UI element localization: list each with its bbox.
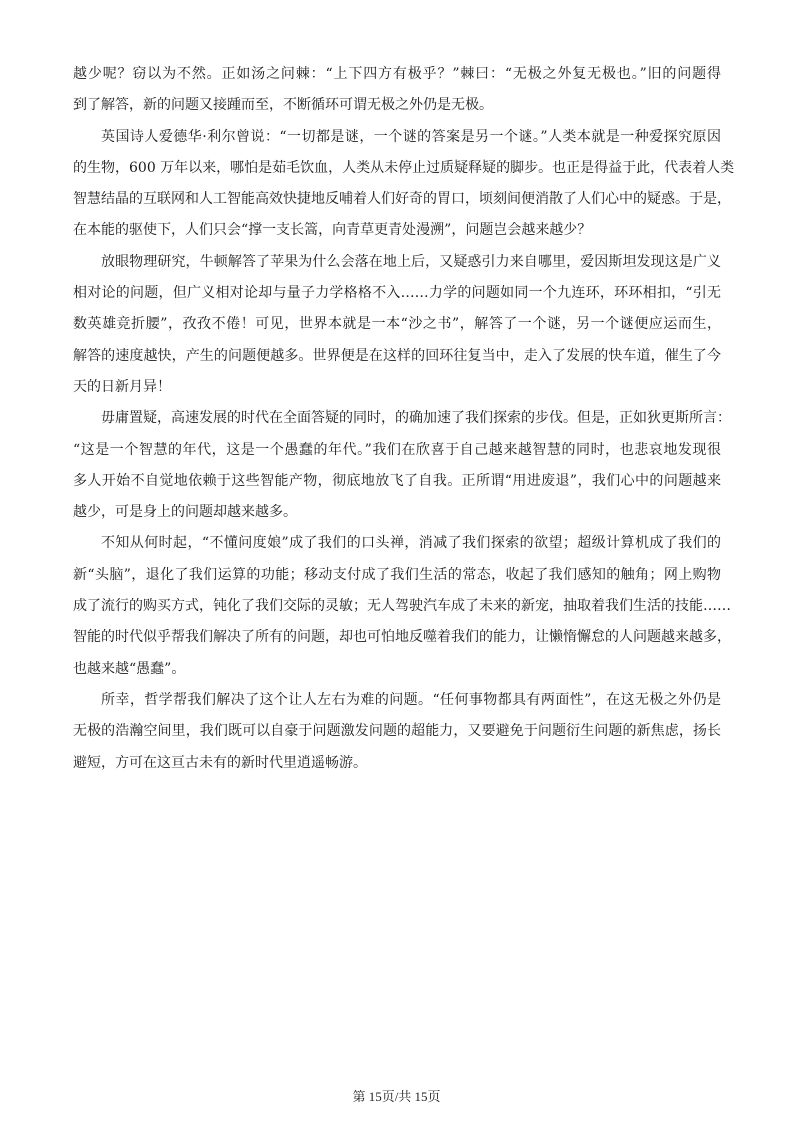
text-line: 天的日新月异！: [73, 372, 721, 403]
paragraph-2: 英国诗人爱德华·利尔曾说：“一切都是谜，一个谜的答案是另一个谜。”人类本就是一种…: [73, 122, 721, 247]
paragraph-4: 毋庸置疑，高速发展的时代在全面答疑的同时，的确加速了我们探索的步伐。但是，正如狄…: [73, 403, 721, 528]
text-line: 智慧结晶的互联网和人工智能高效快捷地反哺着人们好奇的胃口，顷刻间便消散了人们心中…: [73, 184, 721, 215]
paragraph-6: 所幸，哲学帮我们解决了这个让人左右为难的问题。“任何事物都具有两面性”，在这无极…: [73, 685, 721, 779]
text-line: 的生物，600 万年以来，哪怕是茹毛饮血，人类从未停止过质疑释疑的脚步。也正是得…: [73, 153, 721, 184]
text-line: 多人开始不自觉地依赖于这些智能产物，彻底地放飞了自我。正所谓“用进废退”，我们心…: [73, 466, 721, 497]
text-line: “这是一个智慧的年代，这是一个愚蠢的年代。”我们在欣喜于自己越来越智慧的同时，也…: [73, 435, 721, 466]
text-line: 越少呢？窃以为不然。正如汤之问棘：“上下四方有极乎？”棘曰：“无极之外复无极也。…: [73, 59, 721, 90]
text-line: 解答的速度越快，产生的问题便越多。世界便是在这样的回环往复当中，走入了发展的快车…: [73, 341, 721, 372]
paragraph-5: 不知从何时起，“不懂问度娘”成了我们的口头禅，消减了我们探索的欲望；超级计算机成…: [73, 528, 721, 684]
text-line: 毋庸置疑，高速发展的时代在全面答疑的同时，的确加速了我们探索的步伐。但是，正如狄…: [73, 403, 721, 434]
text-line: 数英雄竞折腰”，孜孜不倦！可见，世界本就是一本“沙之书”，解答了一个谜，另一个谜…: [73, 309, 721, 340]
paragraph-1: 越少呢？窃以为不然。正如汤之问棘：“上下四方有极乎？”棘曰：“无极之外复无极也。…: [73, 59, 721, 122]
essay-body: 越少呢？窃以为不然。正如汤之问棘：“上下四方有极乎？”棘曰：“无极之外复无极也。…: [73, 59, 721, 779]
text-line: 新“头脑”，退化了我们运算的功能；移动支付成了我们生活的常态，收起了我们感知的触…: [73, 560, 721, 591]
text-line: 到了解答，新的问题又接踵而至，不断循环可谓无极之外仍是无极。: [73, 90, 721, 121]
text-line: 成了流行的购买方式，钝化了我们交际的灵敏；无人驾驶汽车成了未来的新宠，抽取着我们…: [73, 591, 721, 622]
text-line: 英国诗人爱德华·利尔曾说：“一切都是谜，一个谜的答案是另一个谜。”人类本就是一种…: [73, 122, 721, 153]
text-line: 不知从何时起，“不懂问度娘”成了我们的口头禅，消减了我们探索的欲望；超级计算机成…: [73, 528, 721, 559]
page-number-footer: 第 15页/共 15页: [0, 1086, 793, 1105]
text-line: 也越来越“愚蠢”。: [73, 654, 721, 685]
text-line: 放眼物理研究，牛顿解答了苹果为什么会落在地上后，又疑惑引力来自哪里，爱因斯坦发现…: [73, 247, 721, 278]
text-line: 所幸，哲学帮我们解决了这个让人左右为难的问题。“任何事物都具有两面性”，在这无极…: [73, 685, 721, 716]
text-line: 避短，方可在这亘古未有的新时代里逍遥畅游。: [73, 748, 721, 779]
text-line: 越少，可是身上的问题却越来越多。: [73, 497, 721, 528]
document-page: 越少呢？窃以为不然。正如汤之问棘：“上下四方有极乎？”棘曰：“无极之外复无极也。…: [0, 0, 793, 1122]
text-line: 智能的时代似乎帮我们解决了所有的问题，却也可怕地反噬着我们的能力，让懒惰懈怠的人…: [73, 622, 721, 653]
text-line: 在本能的驱使下，人们只会“撑一支长篙，向青草更青处漫溯”，问题岂会越来越少？: [73, 215, 721, 246]
text-line: 相对论的问题，但广义相对论却与量子力学格格不入……力学的问题如同一个九连环，环环…: [73, 278, 721, 309]
paragraph-3: 放眼物理研究，牛顿解答了苹果为什么会落在地上后，又疑惑引力来自哪里，爱因斯坦发现…: [73, 247, 721, 403]
text-line: 无极的浩瀚空间里，我们既可以自豪于问题激发问题的超能力，又要避免于问题衍生问题的…: [73, 716, 721, 747]
